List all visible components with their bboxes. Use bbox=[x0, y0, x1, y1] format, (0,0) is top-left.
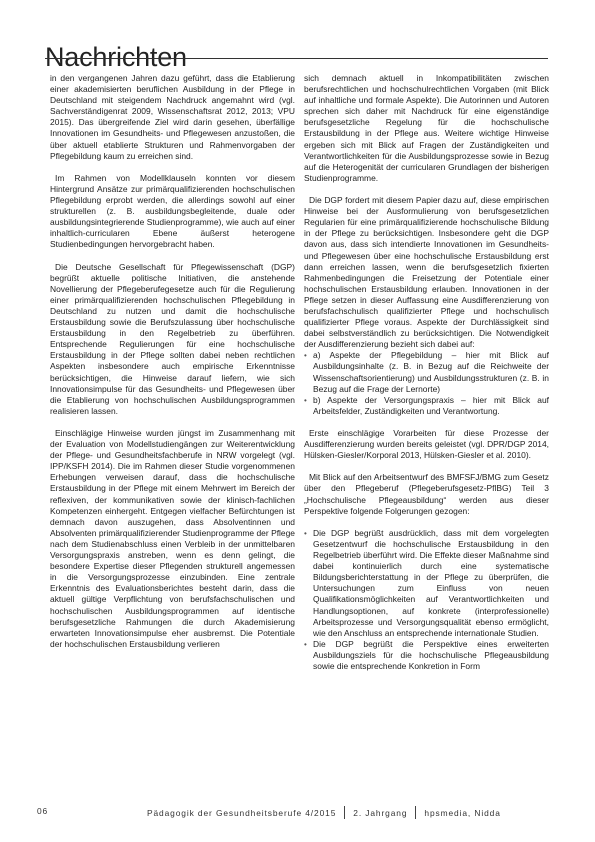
bullet-icon: • bbox=[304, 395, 307, 406]
paragraph: Die DGP fordert mit diesem Papier dazu a… bbox=[304, 195, 549, 350]
article-column-left: in den vergangenen Jahren dazu geführt, … bbox=[50, 73, 295, 661]
paragraph: in den vergangenen Jahren dazu geführt, … bbox=[50, 73, 295, 162]
bullet-icon: • bbox=[304, 528, 307, 539]
bullet-list: • Die DGP begrüßt ausdrücklich, dass mit… bbox=[304, 528, 549, 672]
list-item: • a) Aspekte der Pflegebildung – hier mi… bbox=[304, 350, 549, 394]
list-item-text: Die DGP begrüßt die Perspektive eines er… bbox=[313, 639, 549, 671]
list-item-text: Die DGP begrüßt ausdrücklich, dass mit d… bbox=[313, 528, 549, 638]
title-divider bbox=[45, 58, 548, 59]
page-footer: 06 Pädagogik der Gesundheitsberufe 4/201… bbox=[0, 806, 595, 820]
paragraph: sich demnach aktuell in Inkompatibilität… bbox=[304, 73, 549, 184]
footer-separator bbox=[415, 806, 416, 819]
journal-volume: 2. Jahrgang bbox=[353, 808, 407, 818]
list-item-text: b) Aspekte der Versorgungspraxis – hier … bbox=[313, 395, 549, 416]
bullet-list: • a) Aspekte der Pflegebildung – hier mi… bbox=[304, 350, 549, 417]
paragraph: Im Rahmen von Modellklauseln konnten vor… bbox=[50, 173, 295, 251]
bullet-icon: • bbox=[304, 350, 307, 361]
list-item-text: a) Aspekte der Pflegebildung – hier mit … bbox=[313, 350, 549, 393]
footer-separator bbox=[344, 806, 345, 819]
list-item: • b) Aspekte der Versorgungspraxis – hie… bbox=[304, 395, 549, 417]
page-number: 06 bbox=[37, 806, 48, 816]
paragraph: Die Deutsche Gesellschaft für Pflegewiss… bbox=[50, 262, 295, 417]
paragraph: Einschlägige Hinweise wurden jüngst im Z… bbox=[50, 428, 295, 650]
bullet-icon: • bbox=[304, 639, 307, 650]
list-item: • Die DGP begrüßt die Perspektive eines … bbox=[304, 639, 549, 672]
article-column-right: sich demnach aktuell in Inkompatibilität… bbox=[304, 73, 549, 683]
publisher: hpsmedia, Nidda bbox=[424, 808, 500, 818]
paragraph: Mit Blick auf den Arbeitsentwurf des BMF… bbox=[304, 472, 549, 516]
list-item: • Die DGP begrüßt ausdrücklich, dass mit… bbox=[304, 528, 549, 639]
paragraph: Erste einschlägige Vorarbeiten für diese… bbox=[304, 428, 549, 461]
journal-title: Pädagogik der Gesundheitsberufe 4/2015 bbox=[147, 808, 336, 818]
footer-citation: Pädagogik der Gesundheitsberufe 4/20152.… bbox=[147, 806, 501, 819]
